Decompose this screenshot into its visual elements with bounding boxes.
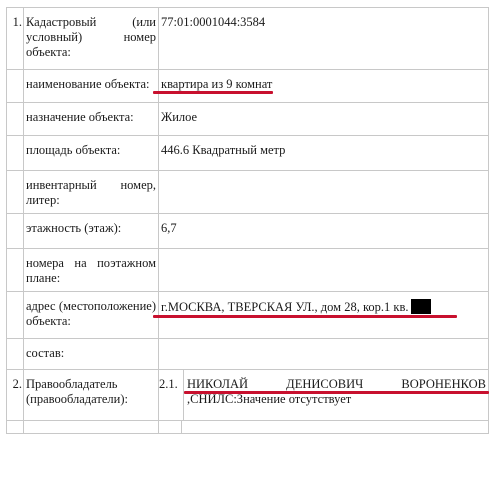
field-label: адрес (местоположение) объекта: [24,292,159,339]
field-label [24,421,159,434]
red-underline [153,91,273,94]
row-right-holder: 2. Правообладатель (правообладатели): 2.… [7,370,489,421]
row-number [7,70,24,103]
field-label: площадь объекта: [24,136,159,171]
field-label: этажность (этаж): [24,214,159,249]
field-label: наименование объекта: [24,70,159,103]
sub-number: 2.1. [159,370,184,420]
row-object-name: наименование объекта: квартира из 9 комн… [7,70,489,103]
field-value: 77:01:0001044:3584 [159,8,489,70]
row-number [7,136,24,171]
holder-name: НИКОЛАЙ ДЕНИСОВИЧ ВОРОНЕНКОВ [187,377,486,392]
row-number [7,171,24,214]
field-label: инвентарный номер, литер: [24,171,159,214]
row-number [7,103,24,136]
field-value: квартира из 9 комнат [161,77,272,91]
row-inventory-number: инвентарный номер, литер: [7,171,489,214]
row-number [7,214,24,249]
sub-divider [181,421,488,433]
row-cadastral-number: 1. Кадастровый (или условный) номер объе… [7,8,489,70]
row-floor-plan-numbers: номера на поэтажном плане: [7,249,489,292]
red-underline [184,391,489,394]
red-underline [153,315,457,318]
property-record-table: 1. Кадастровый (или условный) номер объе… [6,7,489,434]
field-label: номера на поэтажном плане: [24,249,159,292]
row-purpose: назначение объекта: Жилое [7,103,489,136]
field-value [159,171,489,214]
field-label: Правообладатель (правообладатели): [24,370,159,421]
row-number: 2. [7,370,24,421]
row-floors: этажность (этаж): 6,7 [7,214,489,249]
field-value [159,249,489,292]
field-value: Жилое [159,103,489,136]
field-value-cell: квартира из 9 комнат [159,70,489,103]
row-next-partial [7,421,489,434]
field-label: назначение объекта: [24,103,159,136]
row-number [7,249,24,292]
field-value [159,421,489,434]
field-label: Кадастровый (или условный) номер объекта… [24,8,159,70]
field-value: г.МОСКВА, ТВЕРСКАЯ УЛ., дом 28, кор.1 кв… [161,300,409,314]
field-value: 446.6 Квадратный метр [159,136,489,171]
holder-cell: НИКОЛАЙ ДЕНИСОВИЧ ВОРОНЕНКОВ ,СНИЛС:Знач… [184,370,489,420]
holder-subtable: 2.1. НИКОЛАЙ ДЕНИСОВИЧ ВОРОНЕНКОВ ,СНИЛС… [159,370,488,420]
holder-snils: ,СНИЛС:Значение отсутствует [187,392,486,407]
row-composition: состав: [7,339,489,370]
field-value: 6,7 [159,214,489,249]
field-value-cell: г.МОСКВА, ТВЕРСКАЯ УЛ., дом 28, кор.1 кв… [159,292,489,339]
field-value-cell: 2.1. НИКОЛАЙ ДЕНИСОВИЧ ВОРОНЕНКОВ ,СНИЛС… [159,370,489,421]
row-number [7,421,24,434]
row-number [7,339,24,370]
row-area: площадь объекта: 446.6 Квадратный метр [7,136,489,171]
field-label: состав: [24,339,159,370]
row-number [7,292,24,339]
redaction-box [411,299,431,314]
row-address: адрес (местоположение) объекта: г.МОСКВА… [7,292,489,339]
row-number: 1. [7,8,24,70]
field-value [159,339,489,370]
